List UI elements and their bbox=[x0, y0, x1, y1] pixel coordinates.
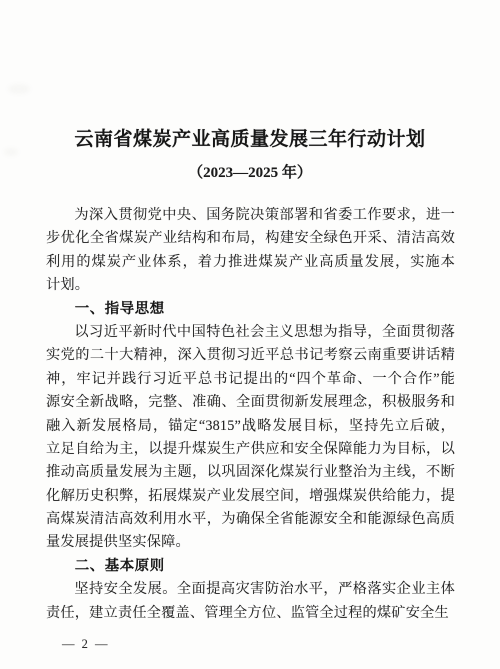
section-heading: 二、基本原则 bbox=[46, 555, 455, 578]
body-line: 高煤炭清洁高效利用水平，为确保全省能源安全和能源绿色高质 bbox=[46, 508, 455, 531]
document-page: 云南省煤炭产业高质量发展三年行动计划 （2023—2025 年） 为深入贯彻党中… bbox=[0, 0, 500, 669]
body-line: 计划。 bbox=[46, 274, 455, 297]
body-line: 神，牢记并践行习近平总书记提出的“四个革命、一个合作”能 bbox=[46, 368, 455, 391]
section-heading: 一、指导思想 bbox=[46, 298, 455, 321]
scan-artifact bbox=[8, 84, 30, 94]
body-line: 立足自给为主，以提升煤炭生产供应和安全保障能力为目标，以 bbox=[46, 438, 455, 461]
body-line: 量发展提供坚实保障。 bbox=[46, 531, 455, 554]
body-line: 步优化全省煤炭产业结构和布局，构建安全绿色开采、清洁高效 bbox=[46, 227, 455, 250]
document-title: 云南省煤炭产业高质量发展三年行动计划 bbox=[0, 126, 500, 154]
body-line: 推动高质量发展为主题，以巩固深化煤炭行业整治为主线，不断 bbox=[46, 461, 455, 484]
body-line: 实党的二十大精神，深入贯彻习近平总书记考察云南重要讲话精 bbox=[46, 344, 455, 367]
page-number: — 2 — bbox=[62, 636, 110, 652]
body-line: 利用的煤炭产业体系，着力推进煤炭产业高质量发展，实施本 bbox=[46, 251, 455, 274]
document-body: 为深入贯彻党中央、国务院决策部署和省委工作要求，进一步优化全省煤炭产业结构和布局… bbox=[46, 204, 455, 625]
body-line: 以习近平新时代中国特色社会主义思想为指导，全面贯彻落 bbox=[46, 321, 455, 344]
body-line: 源安全新战略，完整、准确、全面贯彻新发展理念，积极服务和 bbox=[46, 391, 455, 414]
body-line: 融入新发展格局，锚定“3815”战略发展目标，坚持先立后破， bbox=[46, 415, 455, 438]
body-line: 为深入贯彻党中央、国务院决策部署和省委工作要求，进一 bbox=[46, 204, 455, 227]
document-subtitle: （2023—2025 年） bbox=[0, 160, 500, 186]
body-line: 责任，建立责任全覆盖、管理全方位、监管全过程的煤矿安全生 bbox=[46, 602, 455, 625]
body-line: 坚持安全发展。全面提高灾害防治水平，严格落实企业主体 bbox=[46, 578, 455, 601]
body-line: 化解历史积弊，拓展煤炭产业发展空间，增强煤炭供给能力，提 bbox=[46, 485, 455, 508]
